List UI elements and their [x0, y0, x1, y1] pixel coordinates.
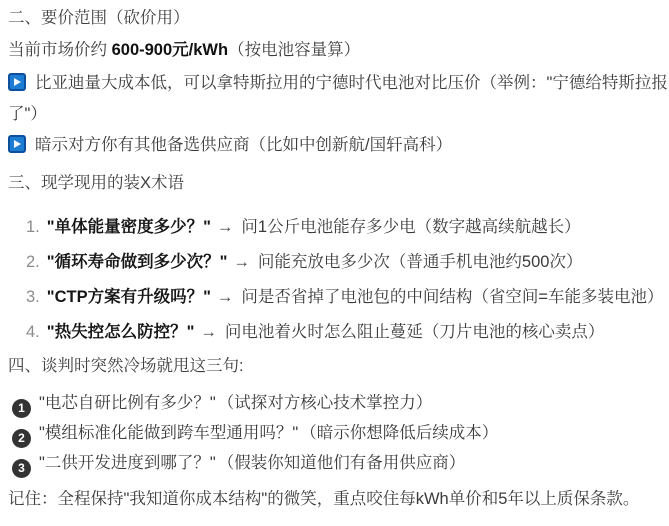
jargon-explanation: 问能充放电多少次（普通手机电池约500次）	[258, 253, 583, 271]
arrow-icon: →	[217, 288, 234, 306]
list-number: 1.	[26, 218, 40, 236]
list-item: 2."循环寿命做到多少次？"→问能充放电多少次（普通手机电池约500次）	[26, 251, 669, 273]
jargon-explanation: 问是否省掉了电池包的中间结构（省空间=车能多装电池）	[241, 288, 663, 306]
bullet-alt-suppliers: 暗示对方你有其他备选供应商（比如中创新航/国轩高科）	[8, 130, 669, 161]
section-heading-price-range: 二、要价范围（砍价用）	[8, 8, 669, 28]
jargon-term: "循环寿命做到多少次？"	[47, 253, 228, 271]
arrow-icon: →	[233, 253, 250, 271]
list-number: 2.	[26, 253, 40, 271]
bullet-byd-compare-wrap: 了"）	[8, 99, 669, 130]
play-icon	[8, 73, 26, 91]
jargon-term: "单体能量密度多少？"	[47, 218, 211, 236]
jargon-term: "CTP方案有升级吗？"	[47, 288, 211, 306]
arrow-icon: →	[200, 323, 217, 341]
jargon-list: 1."单体能量密度多少？"→问1公斤电池能存多少电（数字越高续航越长） 2."循…	[8, 216, 669, 343]
coldtalk-note: （假装你知道他们有备用供应商）	[218, 454, 466, 472]
section-heading-coldtalk: 四、谈判时突然冷场就甩这三句:	[8, 356, 669, 376]
bullet-byd-compare: 比亚迪量大成本低，可以拿特斯拉用的宁德时代电池对比压价（举例："宁德给特斯拉报	[8, 68, 669, 99]
market-price-suffix: （按电池容量算）	[228, 41, 360, 59]
reminder-line: 记住：全程保持"我知道你成本结构"的微笑，重点咬住每kWh单价和5年以上质保条款…	[8, 489, 669, 509]
list-item: 1."单体能量密度多少？"→问1公斤电池能存多少电（数字越高续航越长）	[26, 216, 669, 238]
arrow-icon: →	[217, 218, 234, 236]
list-item: 2"模组标准化能做到跨车型通用吗？"（暗示你想降低后续成本）	[12, 418, 669, 448]
bullet-byd-compare-text: 比亚迪量大成本低，可以拿特斯拉用的宁德时代电池对比压价（举例："宁德给特斯拉报	[35, 74, 668, 92]
price-bullets: 比亚迪量大成本低，可以拿特斯拉用的宁德时代电池对比压价（举例："宁德给特斯拉报 …	[8, 68, 669, 161]
coldtalk-quote: "二供开发进度到哪了？"	[39, 454, 216, 472]
bullet-alt-suppliers-text: 暗示对方你有其他备选供应商（比如中创新航/国轩高科）	[35, 136, 452, 154]
play-icon	[8, 135, 26, 153]
list-number: 4.	[26, 323, 40, 341]
list-number: 3.	[26, 288, 40, 306]
list-item: 3."CTP方案有升级吗？"→问是否省掉了电池包的中间结构（省空间=车能多装电池…	[26, 286, 669, 308]
coldtalk-list: 1"电芯自研比例有多少？"（试探对方核心技术掌控力） 2"模组标准化能做到跨车型…	[8, 388, 669, 478]
market-price-value: 600-900元/kWh	[112, 41, 228, 59]
circled-2-icon: 2	[12, 429, 31, 448]
coldtalk-note: （试探对方核心技术掌控力）	[218, 394, 433, 412]
list-item: 1"电芯自研比例有多少？"（试探对方核心技术掌控力）	[12, 388, 669, 418]
circled-1-icon: 1	[12, 399, 31, 418]
coldtalk-quote: "电芯自研比例有多少？"	[39, 394, 216, 412]
document-body: 二、要价范围（砍价用） 当前市场价约 600-900元/kWh（按电池容量算） …	[8, 8, 669, 509]
jargon-explanation: 问电池着火时怎么阻止蔓延（刀片电池的核心卖点）	[225, 323, 605, 341]
market-price-prefix: 当前市场价约	[8, 41, 112, 59]
circled-3-icon: 3	[12, 459, 31, 478]
market-price-line: 当前市场价约 600-900元/kWh（按电池容量算）	[8, 40, 669, 60]
section-heading-jargon: 三、现学现用的装X术语	[8, 173, 669, 193]
jargon-explanation: 问1公斤电池能存多少电（数字越高续航越长）	[241, 218, 580, 236]
list-item: 3"二供开发进度到哪了？"（假装你知道他们有备用供应商）	[12, 448, 669, 478]
coldtalk-quote: "模组标准化能做到跨车型通用吗？"	[39, 424, 298, 442]
jargon-term: "热失控怎么防控？"	[47, 323, 195, 341]
coldtalk-note: （暗示你想降低后续成本）	[300, 424, 498, 442]
list-item: 4."热失控怎么防控？"→问电池着火时怎么阻止蔓延（刀片电池的核心卖点）	[26, 321, 669, 343]
